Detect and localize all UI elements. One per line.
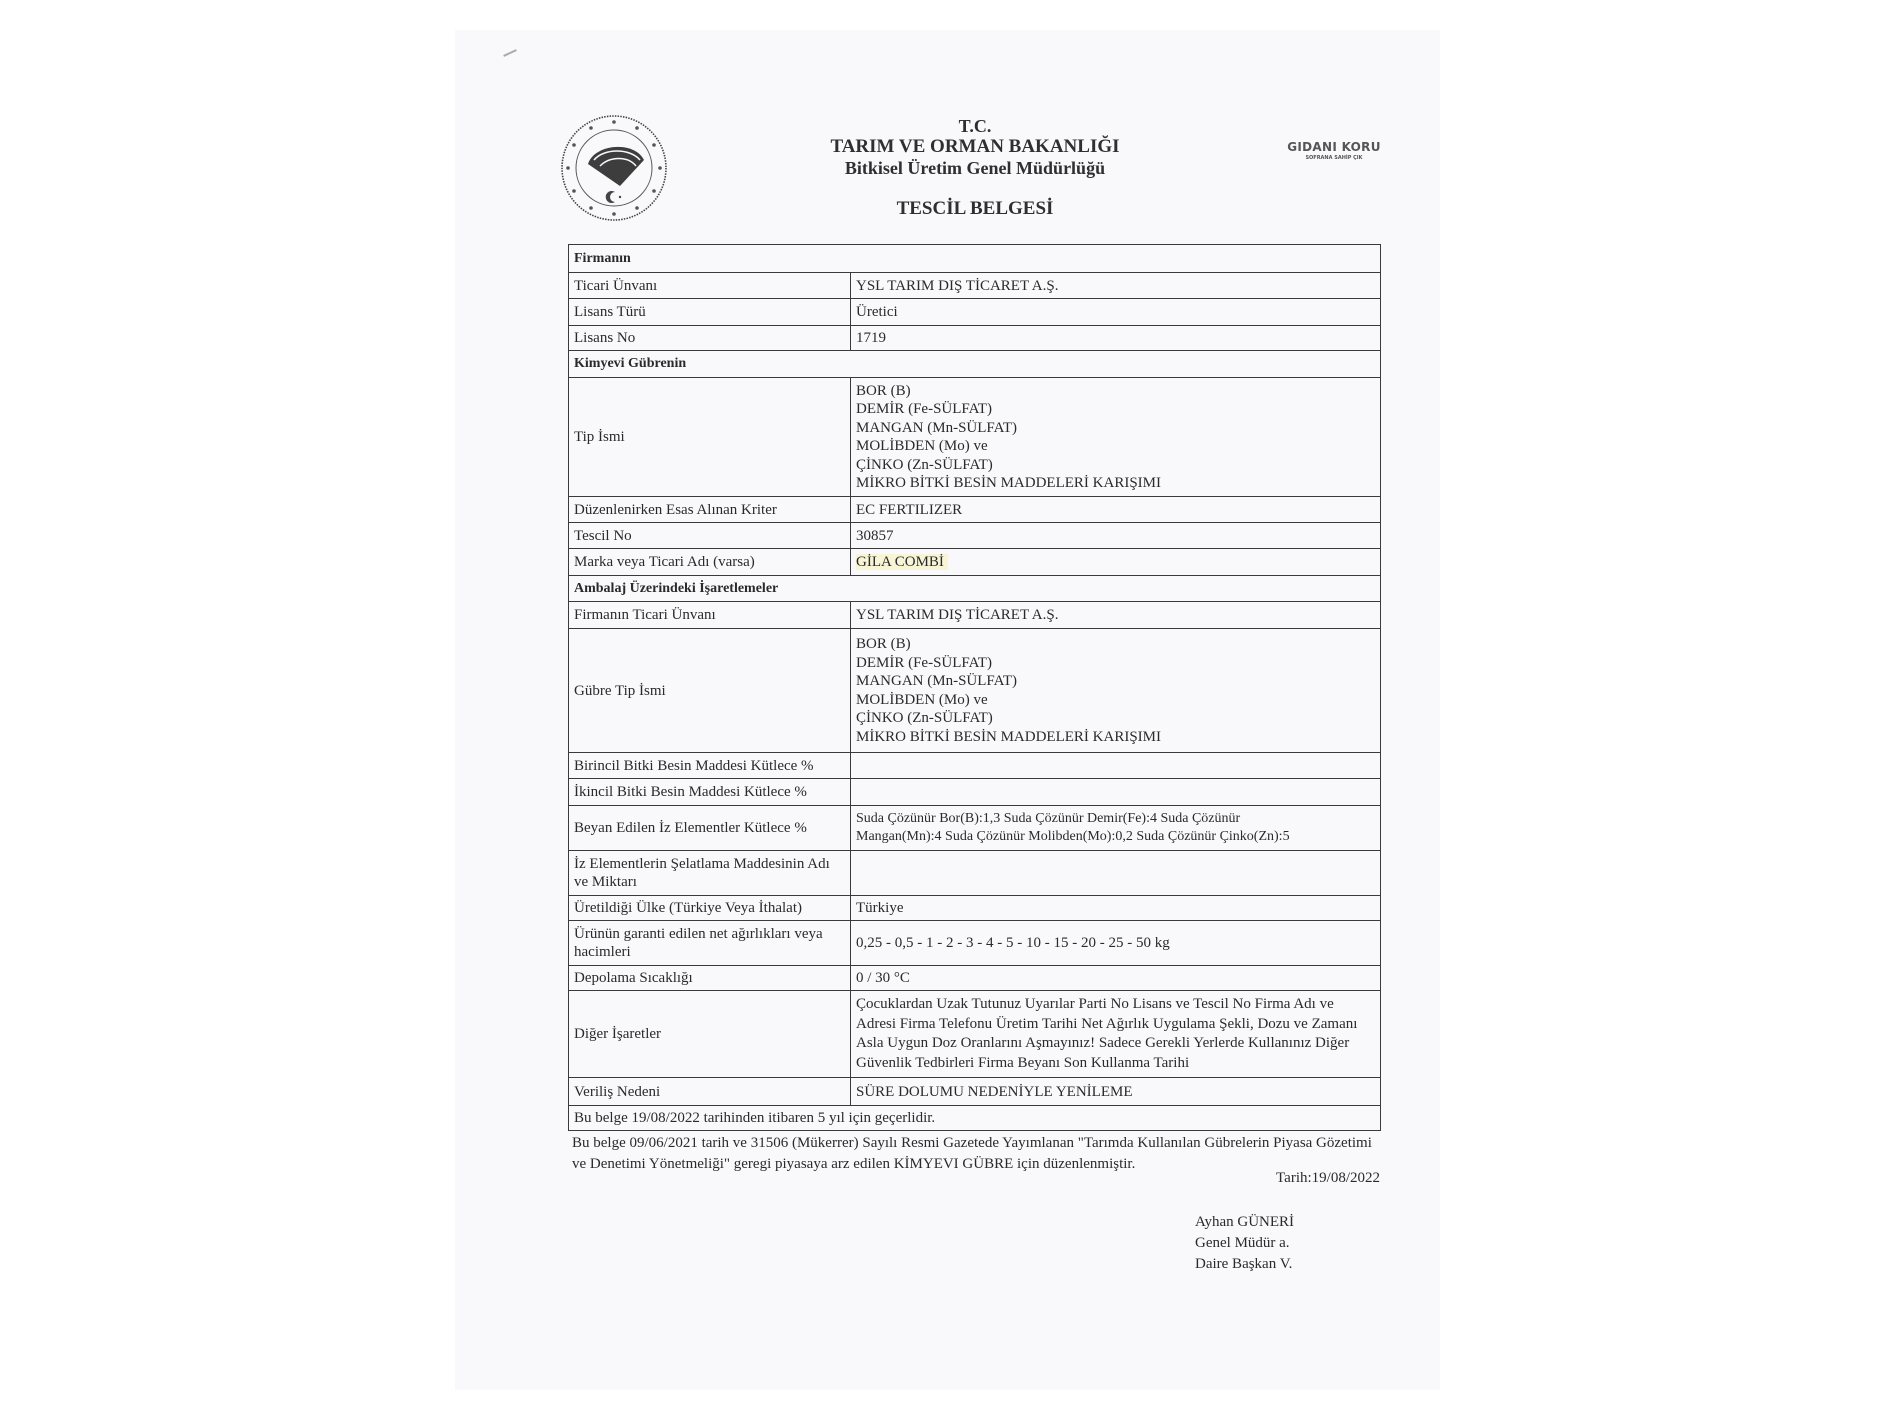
type-line: MİKRO BİTKİ BESİN MADDELERİ KARIŞIMI (856, 474, 1375, 493)
table-row: Üretildiği Ülke (Türkiye Veya İthalat) T… (569, 896, 1381, 921)
certificate-table: Firmanın Ticari Ünvanı YSL TARIM DIŞ TİC… (568, 244, 1381, 1131)
table-row: Birincil Bitki Besin Maddesi Kütlece % (569, 753, 1381, 779)
validity-row: Bu belge 19/08/2022 tarihinden itibaren … (569, 1106, 1381, 1131)
table-row: Depolama Sıcaklığı 0 / 30 °C (569, 966, 1381, 991)
row-label: Firmanın Ticari Ünvanı (569, 602, 851, 629)
header-department: Bitkisel Üretim Genel Müdürlüğü (775, 158, 1175, 179)
row-value: YSL TARIM DIŞ TİCARET A.Ş. (851, 602, 1381, 629)
validity-text: Bu belge 19/08/2022 tarihinden itibaren … (569, 1106, 1381, 1131)
row-label: İz Elementlerin Şelatlama Maddesinin Adı… (569, 851, 851, 896)
row-value: Türkiye (851, 896, 1381, 921)
type-line: DEMİR (Fe-SÜLFAT) (856, 654, 1375, 673)
row-value: 30857 (851, 523, 1381, 549)
highlighted-brand-name: GİLA COMBİ (856, 554, 948, 570)
type-name-list: BOR (B) DEMİR (Fe-SÜLFAT) MANGAN (Mn-SÜL… (851, 378, 1381, 497)
table-row: Tip İsmi BOR (B) DEMİR (Fe-SÜLFAT) MANGA… (569, 378, 1381, 497)
table-row: Firmanın Ticari Ünvanı YSL TARIM DIŞ TİC… (569, 602, 1381, 629)
row-label: Birincil Bitki Besin Maddesi Kütlece % (569, 753, 851, 779)
row-label: Düzenlenirken Esas Alınan Kriter (569, 497, 851, 523)
table-row: İz Elementlerin Şelatlama Maddesinin Adı… (569, 851, 1381, 896)
signatory-title: Genel Müdür a. (1195, 1233, 1294, 1254)
table-row: Gübre Tip İsmi BOR (B) DEMİR (Fe-SÜLFAT)… (569, 629, 1381, 753)
signatory-title-2: Daire Başkan V. (1195, 1254, 1294, 1275)
row-label: Lisans Türü (569, 299, 851, 326)
row-label: Tip İsmi (569, 378, 851, 497)
table-row: Ticari Ünvanı YSL TARIM DIŞ TİCARET A.Ş. (569, 273, 1381, 299)
row-value: SÜRE DOLUMU NEDENİYLE YENİLEME (851, 1078, 1381, 1106)
row-value: 0,25 - 0,5 - 1 - 2 - 3 - 4 - 5 - 10 - 15… (851, 921, 1381, 966)
row-label: Depolama Sıcaklığı (569, 966, 851, 991)
row-value: Üretici (851, 299, 1381, 326)
issue-date: Tarih:19/08/2022 (1180, 1170, 1380, 1187)
row-label: Tescil No (569, 523, 851, 549)
table-row: Ürünün garanti edilen net ağırlıkları ve… (569, 921, 1381, 966)
type-line: MOLİBDEN (Mo) ve (856, 437, 1375, 456)
trace-line: Suda Çözünür Bor(B):1,3 Suda Çözünür Dem… (856, 810, 1375, 828)
type-line: ÇİNKO (Zn-SÜLFAT) (856, 456, 1375, 475)
section-row-firm: Firmanın (569, 245, 1381, 273)
table-row: Düzenlenirken Esas Alınan Kriter EC FERT… (569, 497, 1381, 523)
type-line: MOLİBDEN (Mo) ve (856, 691, 1375, 710)
brand-logo: GIDANI KORU SOFRANA SAHİP ÇIK (1284, 140, 1384, 161)
row-value: YSL TARIM DIŞ TİCARET A.Ş. (851, 273, 1381, 299)
row-label: Marka veya Ticari Adı (varsa) (569, 549, 851, 576)
row-value: 1719 (851, 326, 1381, 351)
legal-footnote: Bu belge 09/06/2021 tarih ve 31506 (Müke… (572, 1133, 1382, 1175)
trace-line: Mangan(Mn):4 Suda Çözünür Molibden(Mo):0… (856, 828, 1375, 846)
ministry-seal-icon (560, 114, 668, 222)
row-label: Veriliş Nedeni (569, 1078, 851, 1106)
row-label: Üretildiği Ülke (Türkiye Veya İthalat) (569, 896, 851, 921)
signatory-name: Ayhan GÜNERİ (1195, 1212, 1294, 1233)
table-row: Lisans No 1719 (569, 326, 1381, 351)
row-label: Gübre Tip İsmi (569, 629, 851, 753)
row-value (851, 851, 1381, 896)
table-row: Beyan Edilen İz Elementler Kütlece % Sud… (569, 806, 1381, 851)
row-label: Ürünün garanti edilen net ağırlıkları ve… (569, 921, 851, 966)
table-row: Marka veya Ticari Adı (varsa) GİLA COMBİ (569, 549, 1381, 576)
row-value: EC FERTILIZER (851, 497, 1381, 523)
fertilizer-type-list: BOR (B) DEMİR (Fe-SÜLFAT) MANGAN (Mn-SÜL… (851, 629, 1381, 753)
section-fertilizer: Kimyevi Gübrenin (569, 351, 1381, 378)
table-row: Veriliş Nedeni SÜRE DOLUMU NEDENİYLE YEN… (569, 1078, 1381, 1106)
table-row: İkincil Bitki Besin Maddesi Kütlece % (569, 779, 1381, 806)
row-value: Çocuklardan Uzak Tutunuz Uyarılar Parti … (851, 991, 1381, 1078)
row-label: Beyan Edilen İz Elementler Kütlece % (569, 806, 851, 851)
table-row: Tescil No 30857 (569, 523, 1381, 549)
signature-block: Ayhan GÜNERİ Genel Müdür a. Daire Başkan… (1195, 1212, 1294, 1275)
row-value: GİLA COMBİ (851, 549, 1381, 576)
row-label: Lisans No (569, 326, 851, 351)
type-line: MANGAN (Mn-SÜLFAT) (856, 419, 1375, 438)
header-tc: T.C. (775, 116, 1175, 137)
section-row-fertilizer: Kimyevi Gübrenin (569, 351, 1381, 378)
section-row-packaging: Ambalaj Üzerindeki İşaretlemeler (569, 576, 1381, 602)
section-packaging: Ambalaj Üzerindeki İşaretlemeler (569, 576, 1381, 602)
type-line: BOR (B) (856, 382, 1375, 401)
section-firm: Firmanın (569, 245, 1381, 273)
row-value (851, 753, 1381, 779)
document-title: TESCİL BELGESİ (775, 198, 1175, 220)
type-line: ÇİNKO (Zn-SÜLFAT) (856, 709, 1375, 728)
type-line: MANGAN (Mn-SÜLFAT) (856, 672, 1375, 691)
trace-elements-value: Suda Çözünür Bor(B):1,3 Suda Çözünür Dem… (851, 806, 1381, 851)
row-label: Diğer İşaretler (569, 991, 851, 1078)
brand-name: GIDANI KORU (1284, 140, 1384, 154)
type-line: DEMİR (Fe-SÜLFAT) (856, 400, 1375, 419)
type-line: BOR (B) (856, 635, 1375, 654)
row-value: 0 / 30 °C (851, 966, 1381, 991)
row-value (851, 779, 1381, 806)
type-line: MİKRO BİTKİ BESİN MADDELERİ KARIŞIMI (856, 728, 1375, 747)
table-row: Lisans Türü Üretici (569, 299, 1381, 326)
table-row: Diğer İşaretler Çocuklardan Uzak Tutunuz… (569, 991, 1381, 1078)
row-label: İkincil Bitki Besin Maddesi Kütlece % (569, 779, 851, 806)
row-label: Ticari Ünvanı (569, 273, 851, 299)
brand-tagline: SOFRANA SAHİP ÇIK (1284, 155, 1384, 161)
header-ministry: TARIM VE ORMAN BAKANLIĞI (775, 136, 1175, 158)
